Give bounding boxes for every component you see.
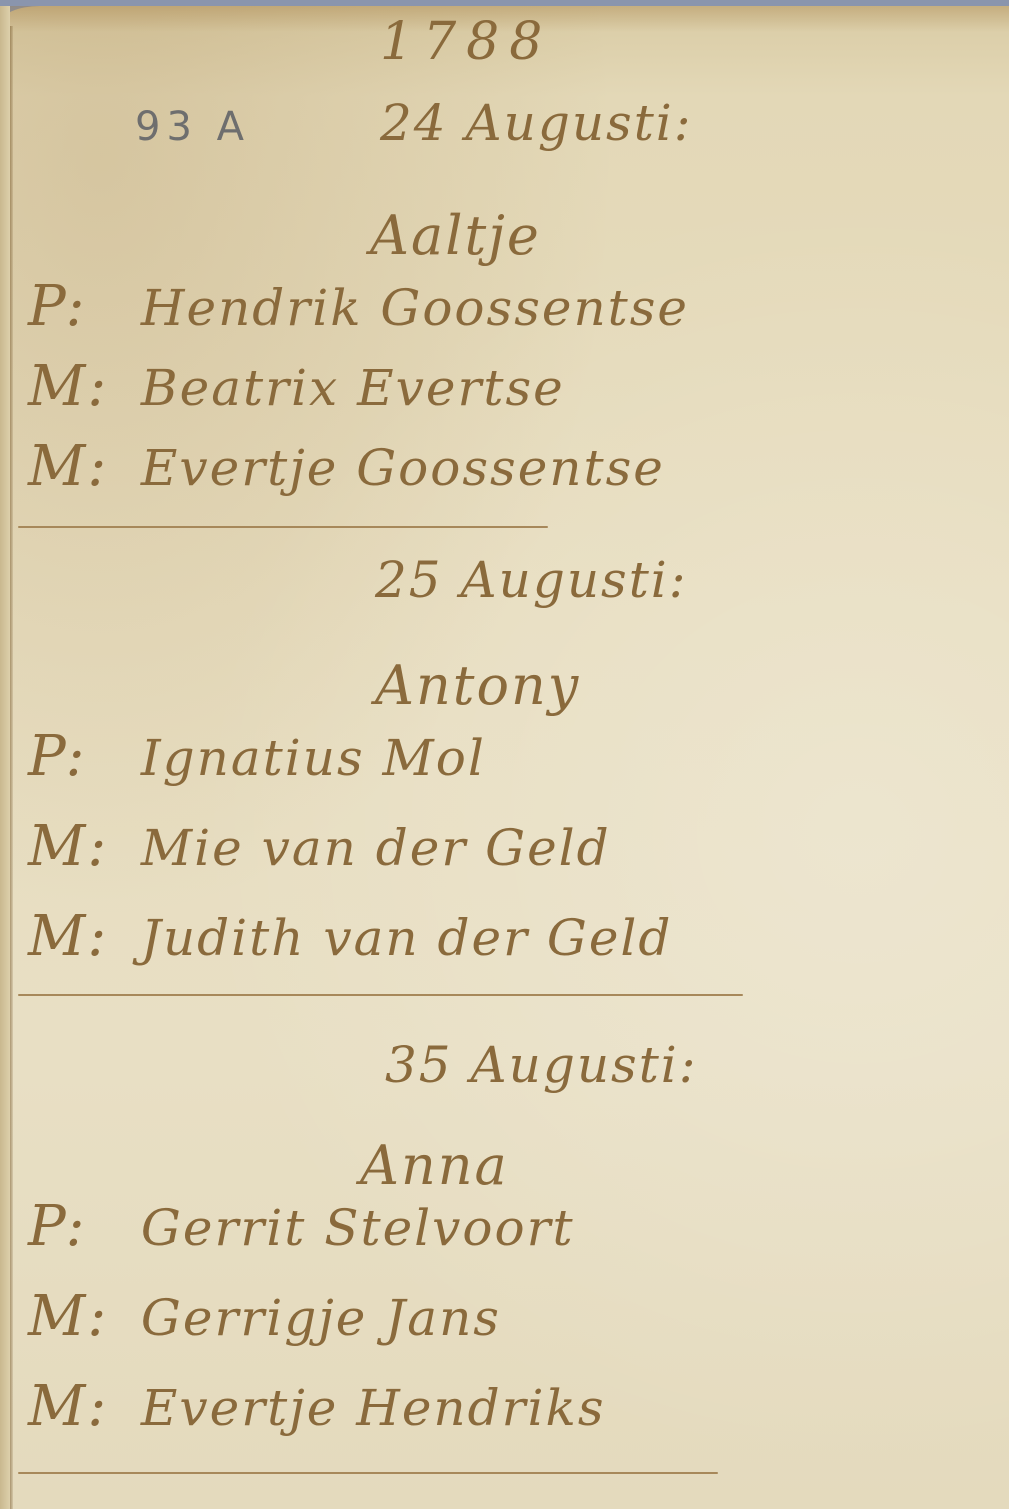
entry-line-father: P: Gerrit Stelvoort: [28, 1194, 575, 1259]
person-name: Evertje Hendriks: [141, 1379, 606, 1437]
register-page: 1788 93 A 24 Augusti: Aaltje P: Hendrik …: [0, 6, 1009, 1509]
entry-line-mother: M: Mie van der Geld: [28, 814, 611, 879]
entry-date: 35 Augusti:: [385, 1036, 698, 1094]
year-heading: 1788: [380, 12, 552, 72]
child-name: Aaltje: [370, 204, 541, 267]
binding-line: [10, 26, 13, 1509]
person-name: Beatrix Evertse: [141, 359, 565, 417]
person-name: Ignatius Mol: [141, 729, 486, 787]
entry-line-mother: M: Gerrigje Jans: [28, 1284, 501, 1349]
entry-divider: [18, 994, 743, 996]
role-label: M:: [28, 814, 123, 879]
entry-date: 25 Augusti:: [375, 551, 688, 609]
folio-number: 93 A: [135, 104, 250, 150]
entry-divider: [18, 526, 548, 528]
person-name: Gerrit Stelvoort: [141, 1199, 575, 1257]
entry-line-father: P: Ignatius Mol: [28, 724, 486, 789]
role-label: M:: [28, 1284, 123, 1349]
entry-line-godmother: M: Judith van der Geld: [28, 904, 672, 969]
child-name: Antony: [375, 654, 580, 717]
entry-line-mother: M: Beatrix Evertse: [28, 354, 565, 419]
entry-date: 24 Augusti:: [380, 94, 693, 152]
role-label: P:: [28, 274, 123, 339]
person-name: Mie van der Geld: [141, 819, 611, 877]
person-name: Hendrik Goossentse: [141, 279, 689, 337]
role-label: P:: [28, 724, 123, 789]
role-label: M:: [28, 434, 123, 499]
entry-line-godmother: M: Evertje Hendriks: [28, 1374, 605, 1439]
role-label: M:: [28, 1374, 123, 1439]
role-label: M:: [28, 354, 123, 419]
entry-divider: [18, 1472, 718, 1474]
page-binding-edge: [0, 6, 10, 1509]
person-name: Evertje Goossentse: [141, 439, 665, 497]
role-label: P:: [28, 1194, 123, 1259]
entry-line-father: P: Hendrik Goossentse: [28, 274, 689, 339]
child-name: Anna: [360, 1134, 509, 1197]
person-name: Judith van der Geld: [141, 909, 673, 967]
entry-line-godmother: M: Evertje Goossentse: [28, 434, 665, 499]
role-label: M:: [28, 904, 123, 969]
person-name: Gerrigje Jans: [141, 1289, 501, 1347]
